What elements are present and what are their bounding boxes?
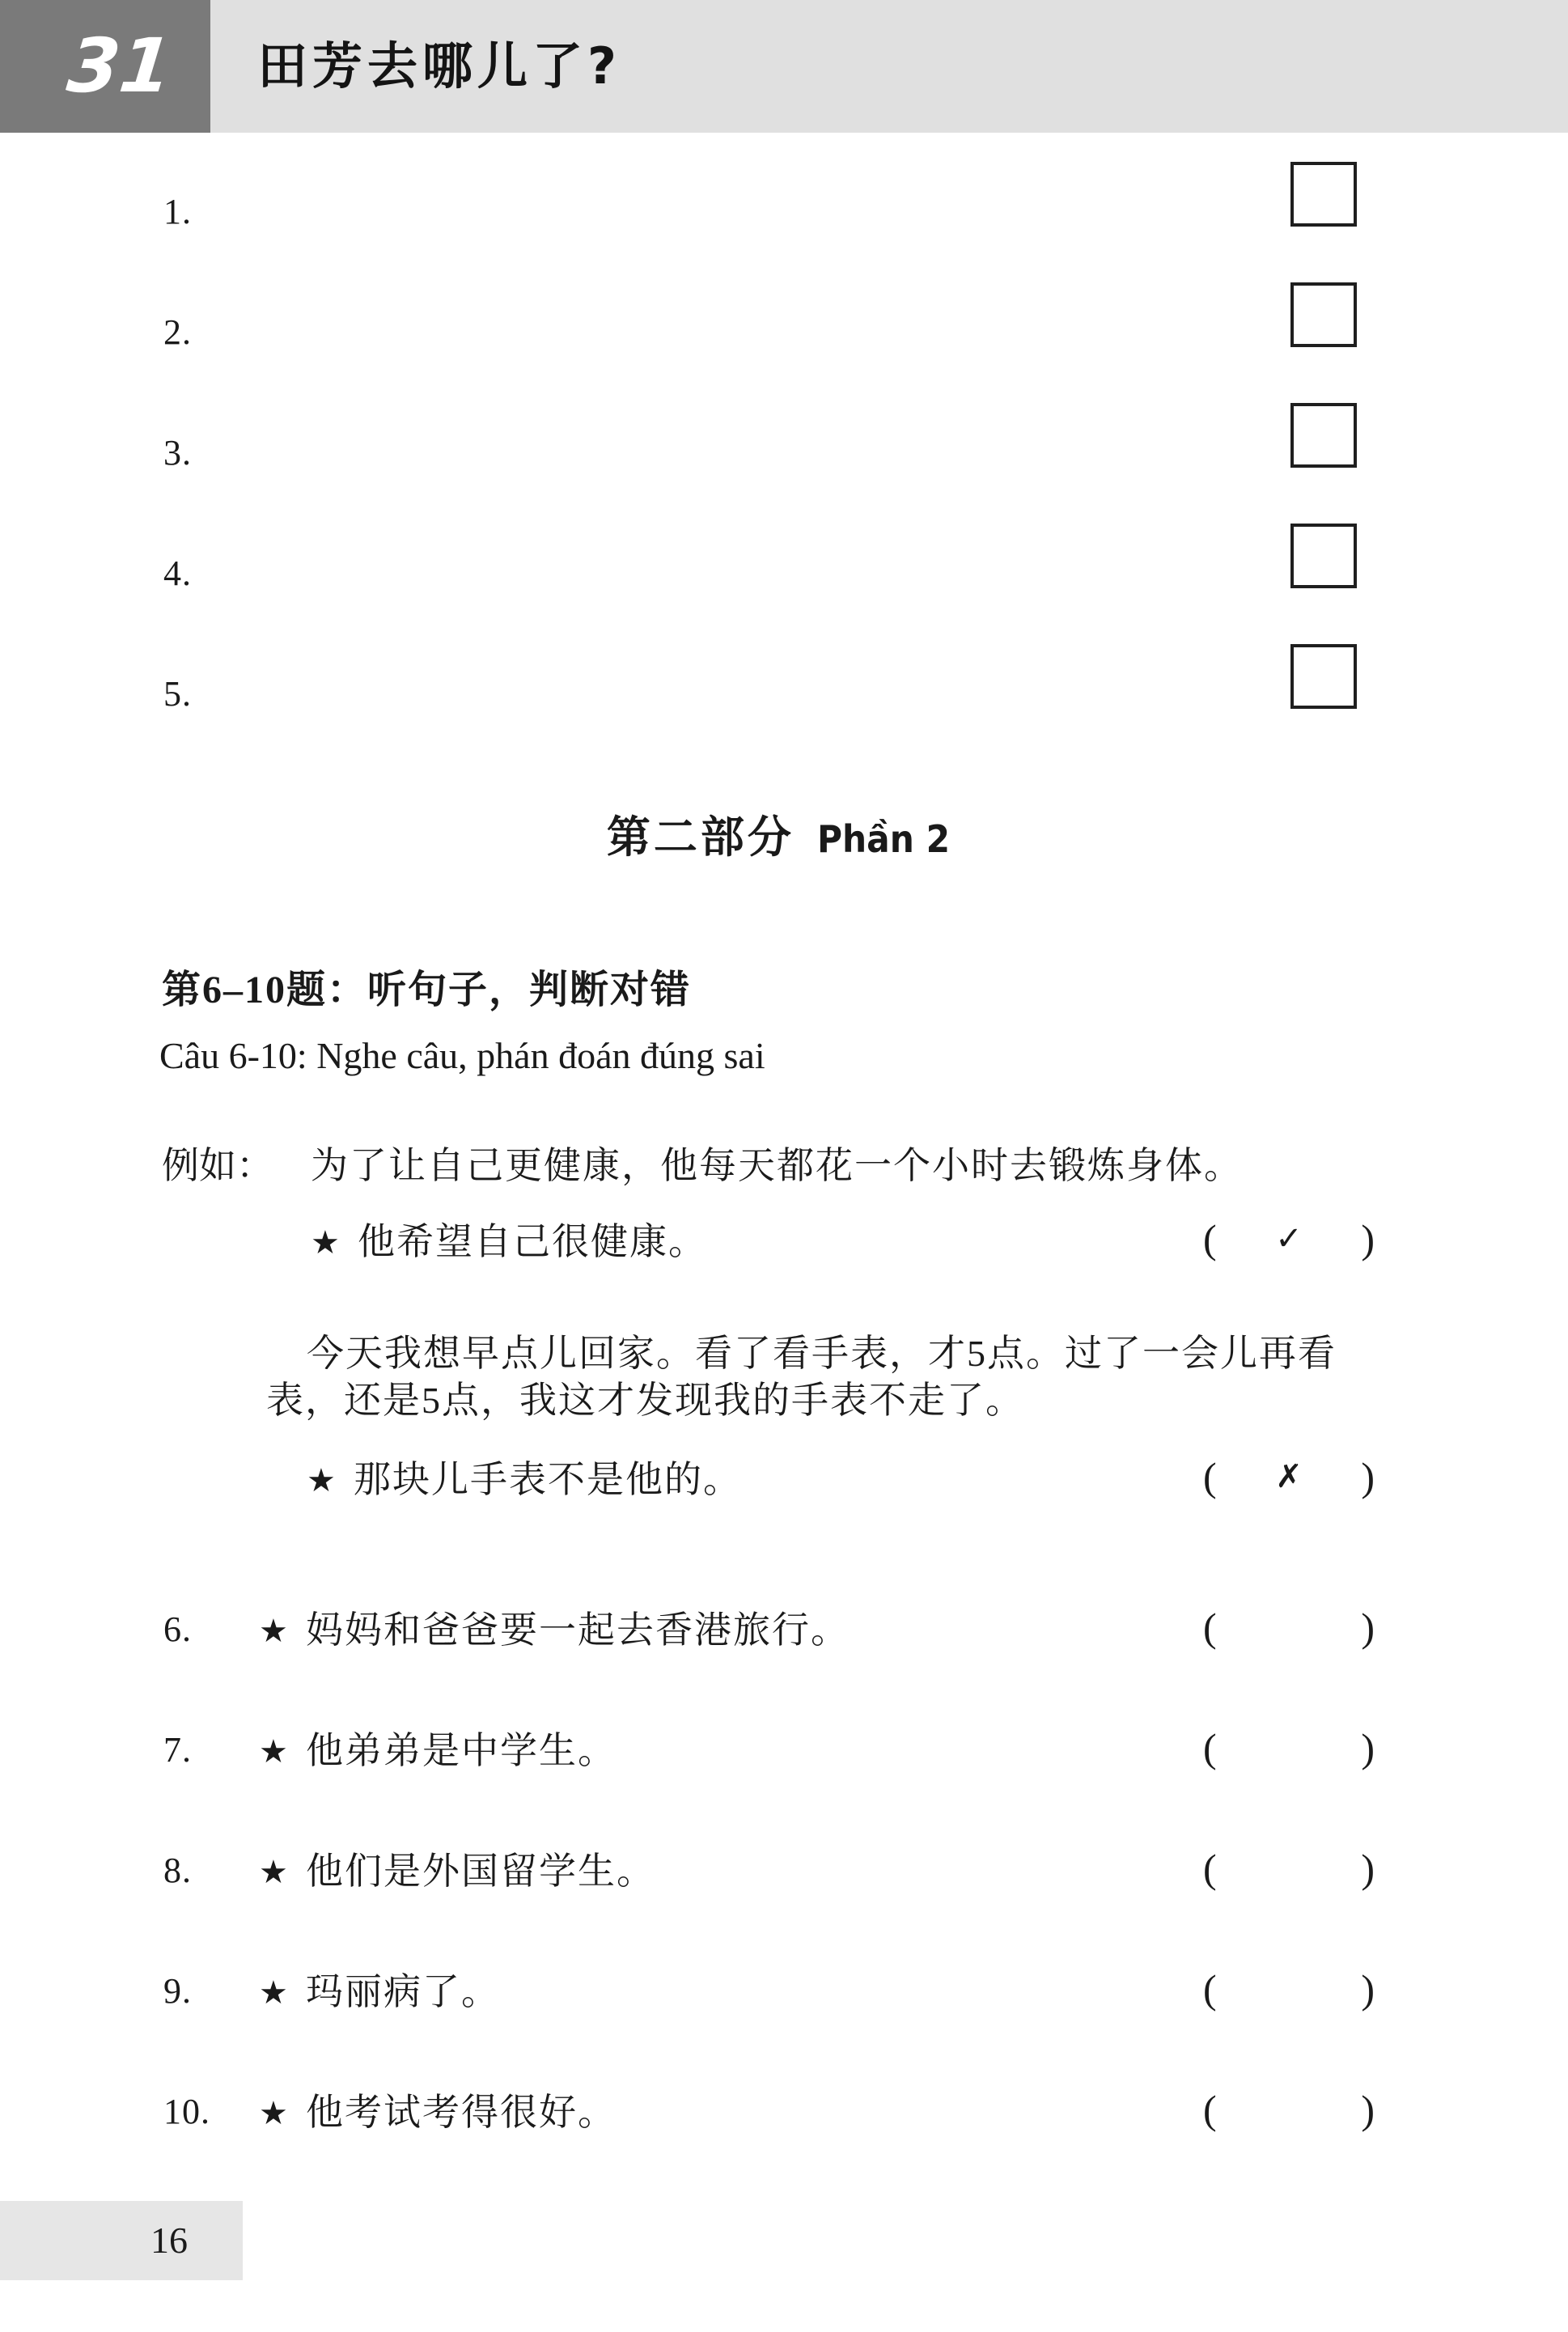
question-statement: 他考试考得很好。	[306, 2094, 617, 2131]
answer-box-5[interactable]	[1290, 644, 1357, 709]
question-number: 6.	[163, 1612, 192, 1647]
star-icon: ★	[259, 1736, 288, 1768]
example-passage-line-1: 今天我想早点儿回家。看了看手表，才5点。过了一会儿再看	[307, 1335, 1337, 1372]
answer-slot-10[interactable]: ( )	[1203, 2089, 1375, 2130]
star-icon: ★	[259, 1615, 288, 1647]
checkmark-icon: ✓	[1271, 1223, 1307, 1255]
answer-slot-8[interactable]: ( )	[1203, 1848, 1375, 1889]
question-statement: 玛丽病了。	[306, 1974, 500, 2011]
footer-bar: 16	[0, 2201, 243, 2280]
item-number-1: 1.	[163, 194, 192, 230]
close-paren: )	[1361, 1219, 1375, 1259]
instruction-vietnamese: Câu 6-10: Nghe câu, phán đoán đúng sai	[159, 1037, 765, 1075]
question-number: 8.	[163, 1853, 192, 1889]
section-title-chinese: 第二部分	[607, 816, 795, 859]
answer-slot-7[interactable]: ( )	[1203, 1728, 1375, 1768]
answer-box-2[interactable]	[1290, 282, 1357, 347]
star-icon: ★	[259, 2097, 288, 2130]
example-answer-slot-1: ( ✓ )	[1203, 1219, 1375, 1259]
item-number-2: 2.	[163, 315, 192, 350]
question-number: 9.	[163, 1974, 192, 2009]
lesson-number: 31	[64, 29, 176, 104]
answer-slot-9[interactable]: ( )	[1203, 1969, 1375, 2009]
header-banner: 田芳去哪儿了?	[210, 0, 1568, 133]
question-statement: 他们是外国留学生。	[306, 1853, 655, 1890]
question-statement: 他弟弟是中学生。	[306, 1732, 617, 1770]
example-sentence: 为了让自己更健康，他每天都花一个小时去锻炼身体。	[311, 1147, 1243, 1185]
section-title: 第二部分 Phần 2	[0, 816, 1568, 859]
example-statement-2: 那块儿手表不是他的。	[354, 1461, 742, 1499]
open-paren: (	[1203, 1607, 1217, 1647]
item-number-4: 4.	[163, 556, 192, 591]
close-paren: )	[1361, 1456, 1375, 1497]
page-number: 16	[150, 2222, 188, 2259]
answer-box-3[interactable]	[1290, 403, 1357, 468]
close-paren: )	[1361, 2089, 1375, 2130]
question-number: 10.	[163, 2094, 210, 2130]
question-number: 7.	[163, 1732, 192, 1768]
open-paren: (	[1203, 1456, 1217, 1497]
close-paren: )	[1361, 1969, 1375, 2009]
open-paren: (	[1203, 1969, 1217, 2009]
lesson-number-badge: 31	[0, 0, 210, 133]
example-passage-line-2: 表，还是5点，我这才发现我的手表不走了。	[266, 1382, 1024, 1419]
star-icon: ★	[259, 1977, 288, 2009]
close-paren: )	[1361, 1607, 1375, 1647]
example-statement-1: 他希望自己很健康。	[358, 1223, 707, 1261]
close-paren: )	[1361, 1848, 1375, 1889]
close-paren: )	[1361, 1728, 1375, 1768]
answer-box-4[interactable]	[1290, 524, 1357, 588]
answer-slot-6[interactable]: ( )	[1203, 1607, 1375, 1647]
star-icon: ★	[311, 1227, 340, 1259]
instruction-chinese: 第6–10题：听句子，判断对错	[162, 971, 691, 1010]
example-label: 例如：	[162, 1147, 273, 1185]
answer-box-1[interactable]	[1290, 162, 1357, 227]
example-answer-slot-2: ( ✗ )	[1203, 1456, 1375, 1497]
workbook-page: 31 田芳去哪儿了? 1. 2. 3. 4. 5. 第二部分 Phần 2 第6…	[0, 0, 1568, 2332]
section-title-vietnamese: Phần 2	[817, 820, 950, 858]
item-number-3: 3.	[163, 435, 192, 471]
open-paren: (	[1203, 2089, 1217, 2130]
open-paren: (	[1203, 1219, 1217, 1259]
open-paren: (	[1203, 1728, 1217, 1768]
question-statement: 妈妈和爸爸要一起去香港旅行。	[306, 1612, 850, 1649]
cross-icon: ✗	[1271, 1461, 1307, 1493]
page-title: 田芳去哪儿了?	[257, 41, 621, 91]
star-icon: ★	[307, 1465, 336, 1497]
star-icon: ★	[259, 1856, 288, 1889]
open-paren: (	[1203, 1848, 1217, 1889]
item-number-5: 5.	[163, 676, 192, 712]
